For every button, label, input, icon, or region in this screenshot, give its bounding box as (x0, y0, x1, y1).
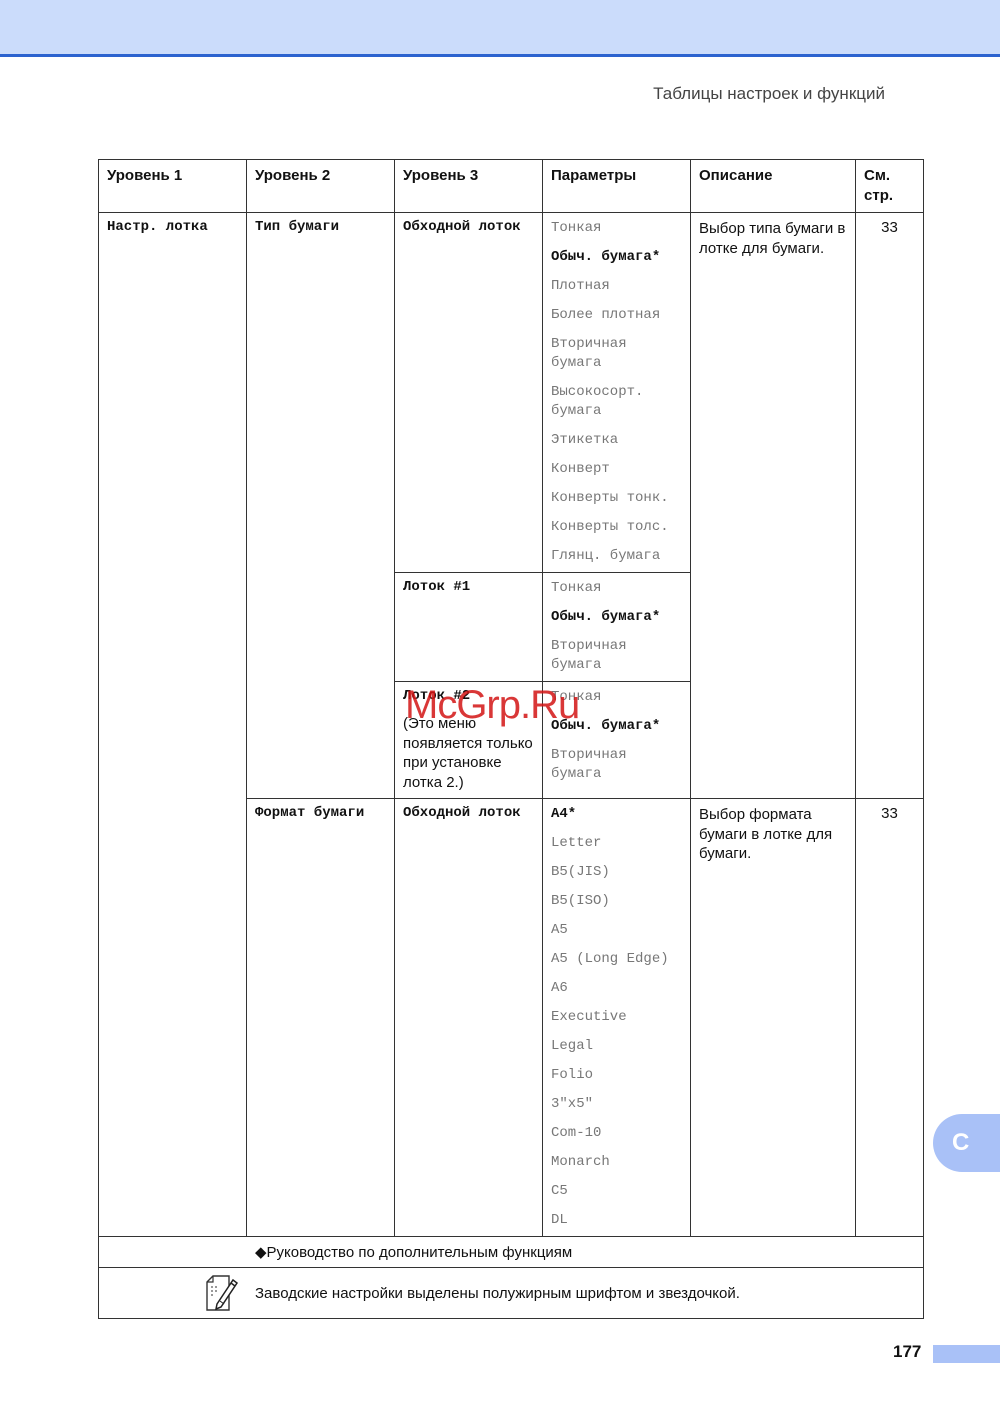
param-option: 3"x5" (551, 1095, 682, 1114)
param-option: Плотная (551, 277, 682, 296)
note-pencil-icon (203, 1274, 239, 1312)
page-number-bar (933, 1345, 1000, 1363)
param-option: Вторичная бумага (551, 746, 682, 784)
param-option: Legal (551, 1037, 682, 1056)
column-header-description: Описание (691, 160, 856, 213)
param-option: Letter (551, 834, 682, 853)
column-header-level3: Уровень 3 (395, 160, 543, 213)
param-option: Глянц. бумага (551, 547, 682, 566)
param-option: Вторичная бумага (551, 637, 682, 675)
param-option: Тонкая (551, 688, 682, 707)
param-option: Тонкая (551, 219, 682, 238)
level3-note: (Это меню появляется только при установк… (403, 714, 534, 792)
param-option: Вторичная бумага (551, 335, 682, 373)
footer-note: Заводские настройки выделены полужирным … (255, 1285, 740, 1302)
param-option: Этикетка (551, 431, 682, 450)
level1-cell: Настр. лотка (99, 213, 247, 1237)
param-option: DL (551, 1211, 682, 1230)
page-number: 177 (893, 1342, 921, 1362)
param-option-default: Обыч. бумага* (551, 248, 682, 267)
level3-cell: Лоток #2(Это меню появляется только при … (395, 682, 543, 799)
settings-table: Уровень 1 Уровень 2 Уровень 3 Параметры … (98, 159, 924, 1319)
param-option: Monarch (551, 1153, 682, 1172)
column-header-level2: Уровень 2 (247, 160, 395, 213)
param-option: B5(JIS) (551, 863, 682, 882)
table-row: Настр. лоткаТип бумагиОбходной лотокТонк… (99, 213, 924, 573)
description-cell: Выбор формата бумаги в лотке для бумаги. (691, 799, 856, 1237)
header-band (0, 0, 1000, 57)
params-cell: A4*LetterB5(JIS)B5(ISO)A5A5 (Long Edge)A… (543, 799, 691, 1237)
param-option: Более плотная (551, 306, 682, 325)
page-reference[interactable]: 33 (856, 213, 924, 799)
param-option-default: A4* (551, 805, 682, 824)
footer-note-row: Заводские настройки выделены полужирным … (99, 1268, 924, 1319)
param-option-default: Обыч. бумага* (551, 608, 682, 627)
level3-label: Обходной лоток (403, 805, 534, 821)
param-option: Конверт (551, 460, 682, 479)
level3-cell: Обходной лоток (395, 799, 543, 1237)
param-option: A5 (Long Edge) (551, 950, 682, 969)
level2-cell: Тип бумаги (247, 213, 395, 799)
param-option: B5(ISO) (551, 892, 682, 911)
page-reference[interactable]: 33 (856, 799, 924, 1237)
footer-reference: ◆Руководство по дополнительным функциям (255, 1244, 572, 1261)
level3-label: Лоток #2 (403, 688, 534, 704)
level3-cell: Лоток #1 (395, 573, 543, 682)
level2-cell: Формат бумаги (247, 799, 395, 1237)
level3-label: Лоток #1 (403, 579, 534, 595)
param-option: Folio (551, 1066, 682, 1085)
param-option: Executive (551, 1008, 682, 1027)
param-option: Высокосорт. бумага (551, 383, 682, 421)
column-header-params: Параметры (543, 160, 691, 213)
footer-reference-row: ◆Руководство по дополнительным функциям (99, 1237, 924, 1268)
param-option: Com-10 (551, 1124, 682, 1143)
param-option: Тонкая (551, 579, 682, 598)
params-cell: ТонкаяОбыч. бумага*Вторичная бумага (543, 682, 691, 799)
param-option: A5 (551, 921, 682, 940)
chapter-tab[interactable]: C (933, 1114, 1000, 1172)
column-header-page: См. стр. (856, 160, 924, 213)
params-cell: ТонкаяОбыч. бумага*Вторичная бумага (543, 573, 691, 682)
level3-label: Обходной лоток (403, 219, 534, 235)
params-cell: ТонкаяОбыч. бумага*ПлотнаяБолее плотнаяВ… (543, 213, 691, 573)
description-cell: Выбор типа бумаги в лотке для бумаги. (691, 213, 856, 799)
column-header-level1: Уровень 1 (99, 160, 247, 213)
param-option-default: Обыч. бумага* (551, 717, 682, 736)
param-option: Конверты толс. (551, 518, 682, 537)
param-option: A6 (551, 979, 682, 998)
param-option: C5 (551, 1182, 682, 1201)
chapter-tab-label: C (952, 1129, 969, 1157)
running-title: Таблицы настроек и функций (653, 84, 885, 104)
level3-cell: Обходной лоток (395, 213, 543, 573)
param-option: Конверты тонк. (551, 489, 682, 508)
table-header-row: Уровень 1 Уровень 2 Уровень 3 Параметры … (99, 160, 924, 213)
